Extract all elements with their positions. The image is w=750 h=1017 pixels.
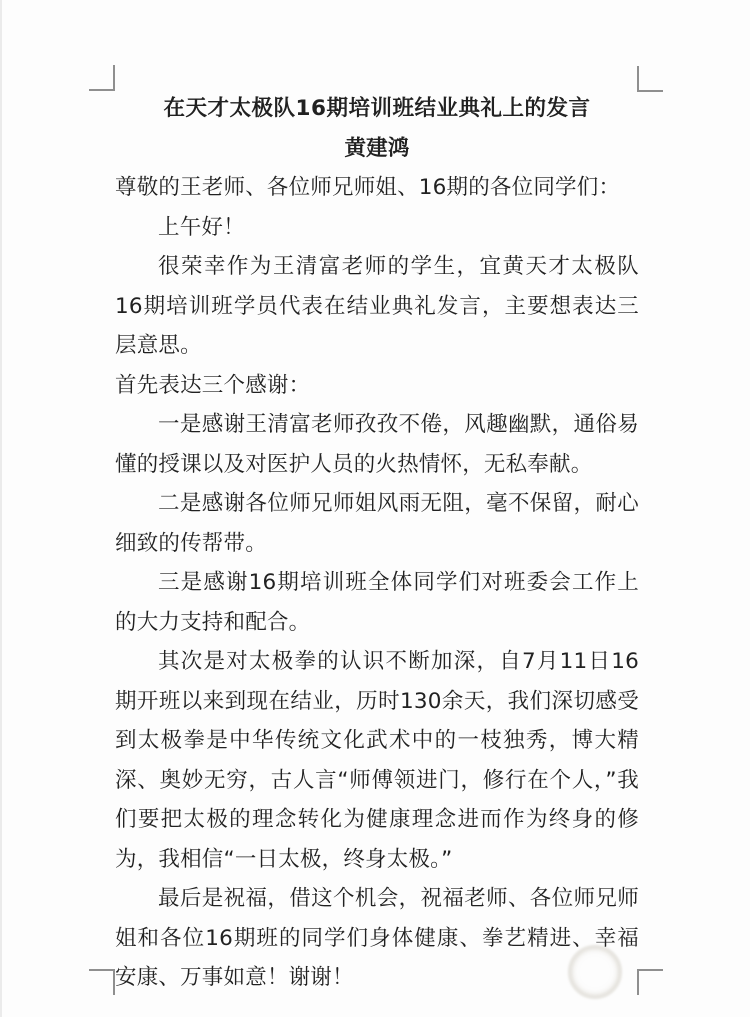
margin-crop-mark-top-right: [637, 66, 663, 92]
document-page: 在天才太极队16期培训班结业典礼上的发言 黄建鸿 尊敬的王老师、各位师兄师姐、1…: [0, 0, 750, 1017]
margin-crop-mark-top-left: [89, 65, 115, 91]
paragraph-thanks-2: 二是感谢各位师兄师姐风雨无阻，毫不保留，耐心细致的传帮带。: [115, 484, 639, 563]
paragraph-greeting: 上午好！: [115, 208, 639, 248]
paragraph-thanks-1: 一是感谢王清富老师孜孜不倦，风趣幽默，通俗易懂的授课以及对医护人员的火热情怀，无…: [115, 405, 639, 484]
paragraph-intro: 很荣幸作为王清富老师的学生，宜黄天才太极队16期培训班学员代表在结业典礼发言，主…: [115, 247, 639, 366]
paragraph-thanks-3: 三是感谢16期培训班全体同学们对班委会工作上的大力支持和配合。: [115, 563, 639, 642]
margin-crop-mark-bottom-left: [89, 969, 115, 995]
paragraph-understanding: 其次是对太极拳的认识不断加深，自7月11日16期开班以来到现在结业，历时130余…: [115, 642, 639, 879]
page-left-edge-shadow: [0, 0, 2, 1017]
margin-crop-mark-bottom-right: [637, 969, 663, 995]
document-author: 黄建鸿: [115, 129, 639, 169]
document-body: 在天才太极队16期培训班结业典礼上的发言 黄建鸿 尊敬的王老师、各位师兄师姐、1…: [115, 89, 639, 998]
paragraph-thanks-lead: 首先表达三个感谢：: [115, 366, 639, 406]
document-title: 在天才太极队16期培训班结业典礼上的发言: [115, 89, 639, 129]
paragraph-salutation: 尊敬的王老师、各位师兄师姐、16期的各位同学们：: [115, 168, 639, 208]
paragraph-blessing: 最后是祝福，借这个机会，祝福老师、各位师兄师姐和各位16期班的同学们身体健康、拳…: [115, 879, 639, 998]
